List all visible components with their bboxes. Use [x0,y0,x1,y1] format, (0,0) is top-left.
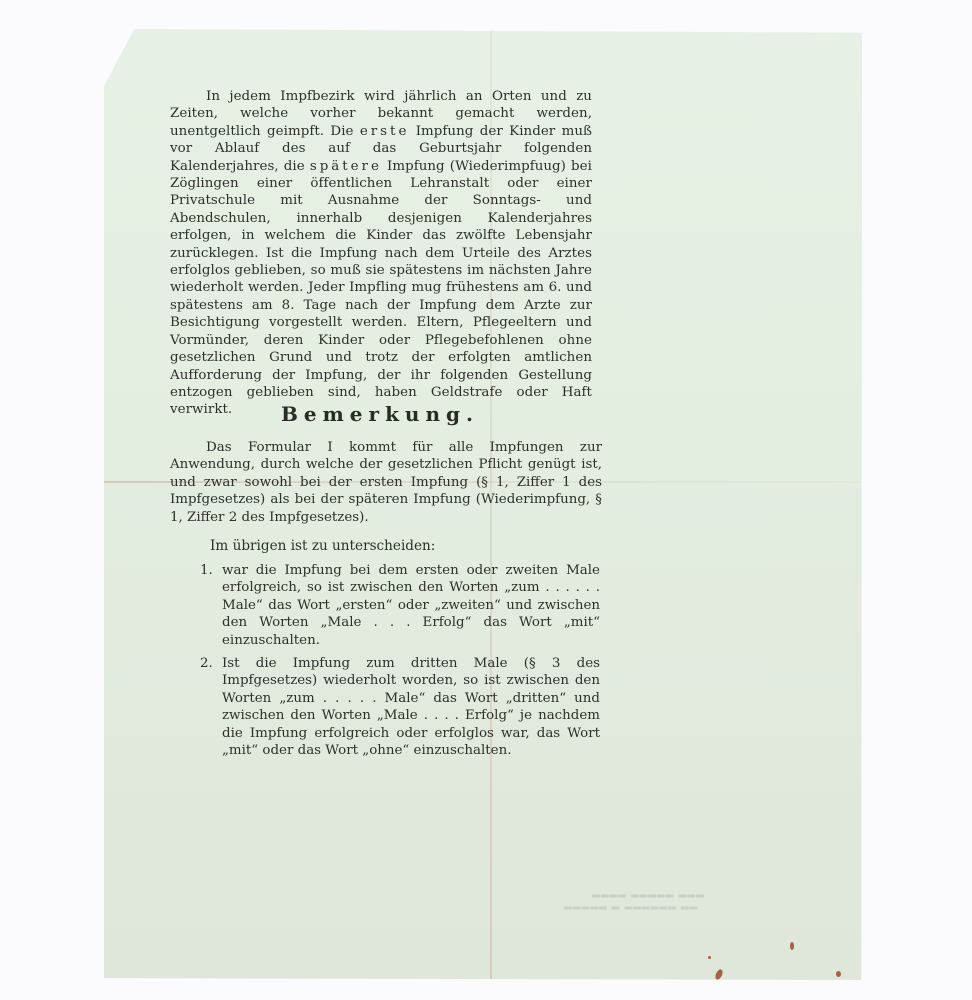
foxing-stain [714,968,724,981]
list-number: 1. [200,562,213,579]
vaccination-regulations-paragraph: In jedem Impfbezirk wird jährlich an Ort… [170,88,592,419]
remark-paragraph: Das Formular I kommt für alle Impfungen … [170,439,602,526]
subheading: Im übrigen ist zu unterscheiden: [210,537,590,555]
list-item: 1. war die Impfung bei dem ersten oder z… [200,562,600,649]
emphasis-spaetere: spätere [310,159,382,174]
section-heading: Bemerkung. [130,402,630,426]
list-number: 2. [200,655,213,672]
foxing-stain [708,956,711,959]
emphasis-erste: erste [360,124,410,139]
foxing-stain [836,971,841,977]
list-item: 2. Ist die Impfung zum dritten Male (§ 3… [200,655,600,759]
list-item-text: war die Impfung bei dem ersten oder zwei… [222,563,600,648]
show-through-text: ▂▂▂▂ ▂▂▂▂▂ ▂▂▂ [592,887,705,898]
show-through-text: ▂▂▂▂▂ ▂ ▂▂▂▂▂▂ ▂▂ [564,899,698,910]
instruction-list: 1. war die Impfung bei dem ersten oder z… [200,562,600,765]
list-item-text: Ist die Impfung zum dritten Male (§ 3 de… [222,656,600,758]
paragraph-text: Impfung (Wiederimpfuug) bei Zöglingen ei… [170,159,592,418]
foxing-stain [790,942,794,950]
